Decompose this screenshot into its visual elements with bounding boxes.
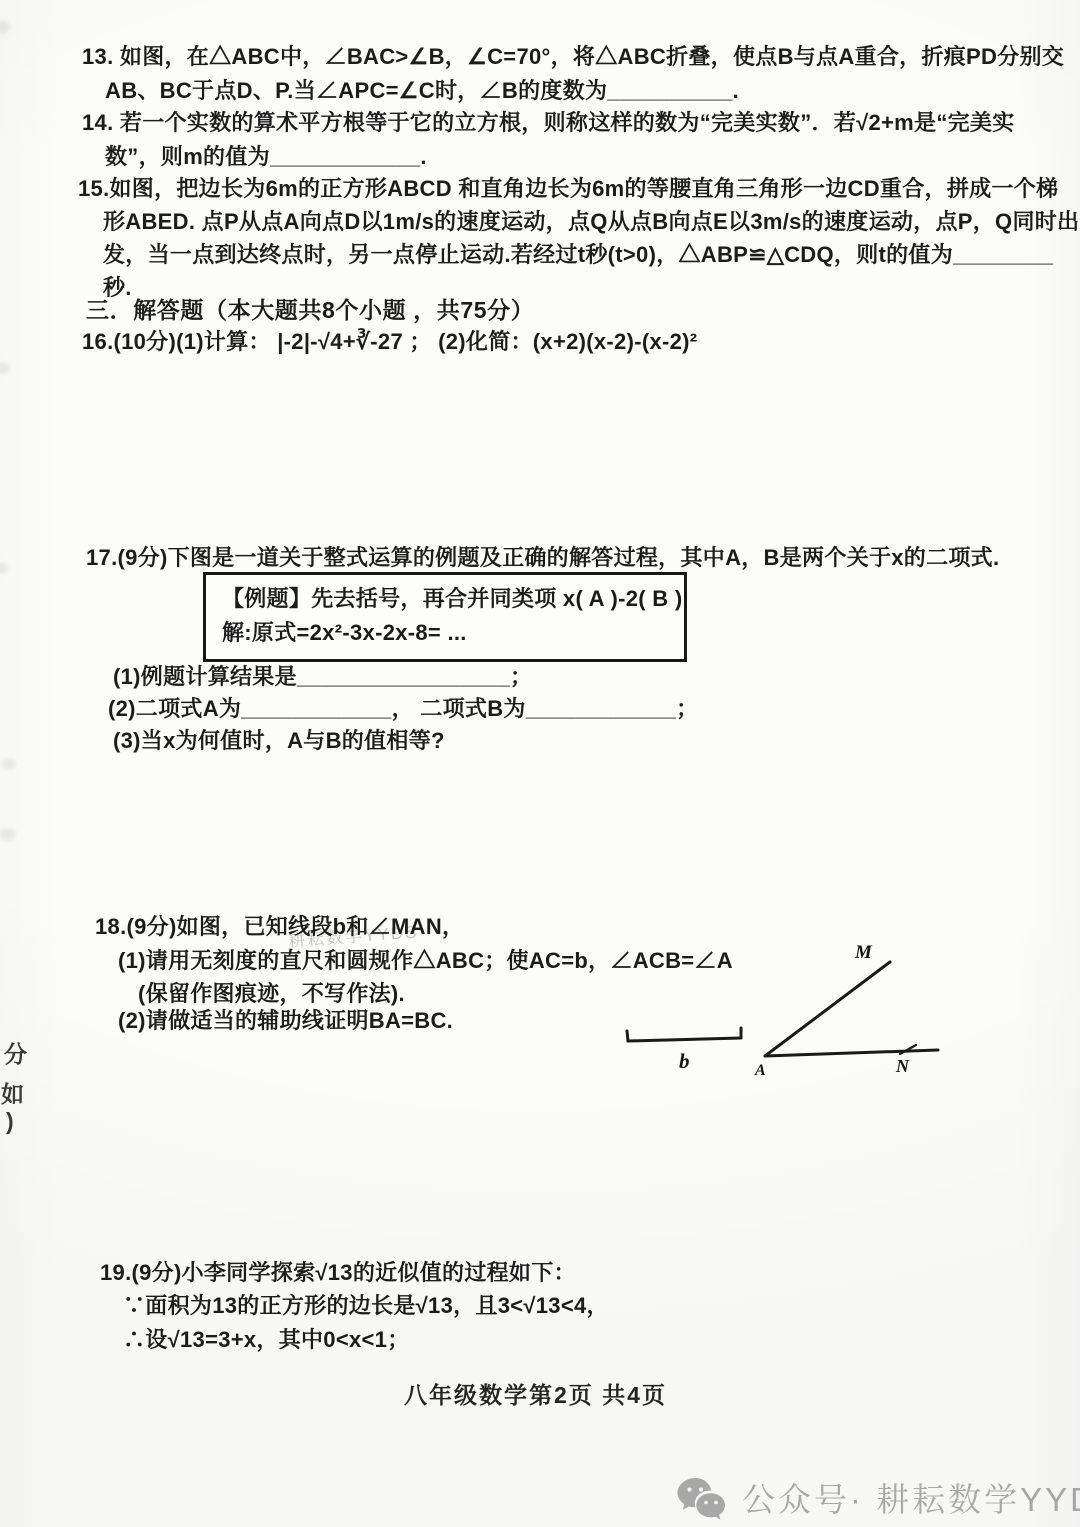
q15-line-3: 发，当一点到达终点时，另一点停止运动.若经过t秒(t>0)，△ABP≌△CDQ，… bbox=[103, 240, 1053, 270]
segment-b-line bbox=[628, 1038, 741, 1041]
q18-line-1: 18.(9分)如图，已知线段b和∠MAN， bbox=[95, 912, 464, 942]
scan-smudge bbox=[2, 758, 16, 770]
ray-AM bbox=[765, 962, 890, 1056]
ray-AN bbox=[765, 1050, 938, 1056]
q17-example-line-2: 解:原式=2x²-3x-2x-8= ... bbox=[222, 616, 674, 650]
q15-line-1: 15.如图，把边长为6m的正方形ABCD 和直角边长为6m的等腰直角三角形一边C… bbox=[78, 174, 1058, 204]
brand-label: 公众号· 耕耘数学YYDS bbox=[742, 1474, 1080, 1521]
q18-line-3: (保留作图痕迹，不写作法). bbox=[138, 979, 405, 1009]
q17-part-1: (1)例题计算结果是_________________； bbox=[113, 662, 532, 692]
q14-line-2: 数”，则m的值为____________. bbox=[105, 142, 427, 172]
margin-fragment-2: 如 bbox=[1, 1076, 24, 1109]
q19-line-3: ∴设√13=3+x，其中0<x<1； bbox=[123, 1325, 410, 1355]
q14-line-1: 14. 若一个实数的算术平方根等于它的立方根，则称这样的数为“完美实数”．若√2… bbox=[82, 108, 1015, 138]
q13-line-2: AB、BC于点D、P.当∠APC=∠C时，∠B的度数为__________. bbox=[105, 76, 739, 106]
q13-line-1: 13. 如图，在△ABC中，∠BAC>∠B，∠C=70°，将△ABC折叠，使点B… bbox=[82, 42, 1064, 72]
label-M: M bbox=[854, 942, 873, 963]
segment-b-left-tick bbox=[627, 1031, 628, 1041]
wechat-icon bbox=[676, 1476, 728, 1520]
label-b: b bbox=[679, 1049, 690, 1073]
label-N: N bbox=[895, 1056, 910, 1076]
question-16: 16.(10分)(1)计算： |-2|-√4+∛-27 ； (2)化简：(x+2… bbox=[82, 327, 697, 357]
scan-smudge bbox=[0, 828, 16, 841]
page-footer: 八年级数学第2页 共4页 bbox=[404, 1377, 667, 1410]
q19-line-2: ∵面积为13的正方形的边长是√13，且3<√13<4， bbox=[123, 1291, 609, 1321]
q18-geometry-figure: b M A N bbox=[600, 930, 980, 1090]
section-3-header: 三．解答题（本大题共8个小题 ，共75分） bbox=[86, 295, 534, 325]
q18-line-4: (2)请做适当的辅助线证明BA=BC. bbox=[118, 1006, 453, 1036]
q17-intro: 17.(9分)下图是一道关于整式运算的例题及正确的解答过程，其中A，B是两个关于… bbox=[86, 543, 999, 573]
label-A: A bbox=[754, 1062, 766, 1079]
q17-example-box: 【例题】先去括号，再合并同类项 x( A )-2( B ) 解:原式=2x²-3… bbox=[203, 572, 687, 662]
exam-page: 13. 如图，在△ABC中，∠BAC>∠B，∠C=70°，将△ABC折叠，使点B… bbox=[0, 0, 1080, 1527]
scan-smudge bbox=[0, 562, 8, 574]
margin-fragment-3: ) bbox=[6, 1108, 14, 1135]
q19-line-1: 19.(9分)小李同学探索√13的近似值的过程如下： bbox=[100, 1258, 576, 1288]
q17-example-line-1: 【例题】先去括号，再合并同类项 x( A )-2( B ) bbox=[222, 582, 674, 616]
q17-part-3: (3)当x为何值时，A与B的值相等? bbox=[113, 726, 445, 756]
brand-watermark: 公众号· 耕耘数学YYDS bbox=[676, 1474, 1080, 1521]
scan-smudge bbox=[0, 20, 10, 34]
margin-fragment-1: 分 bbox=[4, 1036, 27, 1069]
scan-smudge bbox=[0, 362, 10, 374]
q15-line-2: 形ABED. 点P从点A向点D以1m/s的速度运动，点Q从点B向点E以3m/s的… bbox=[103, 207, 1079, 237]
q17-part-2: (2)二项式A为____________， 二项式B为____________； bbox=[108, 694, 698, 724]
